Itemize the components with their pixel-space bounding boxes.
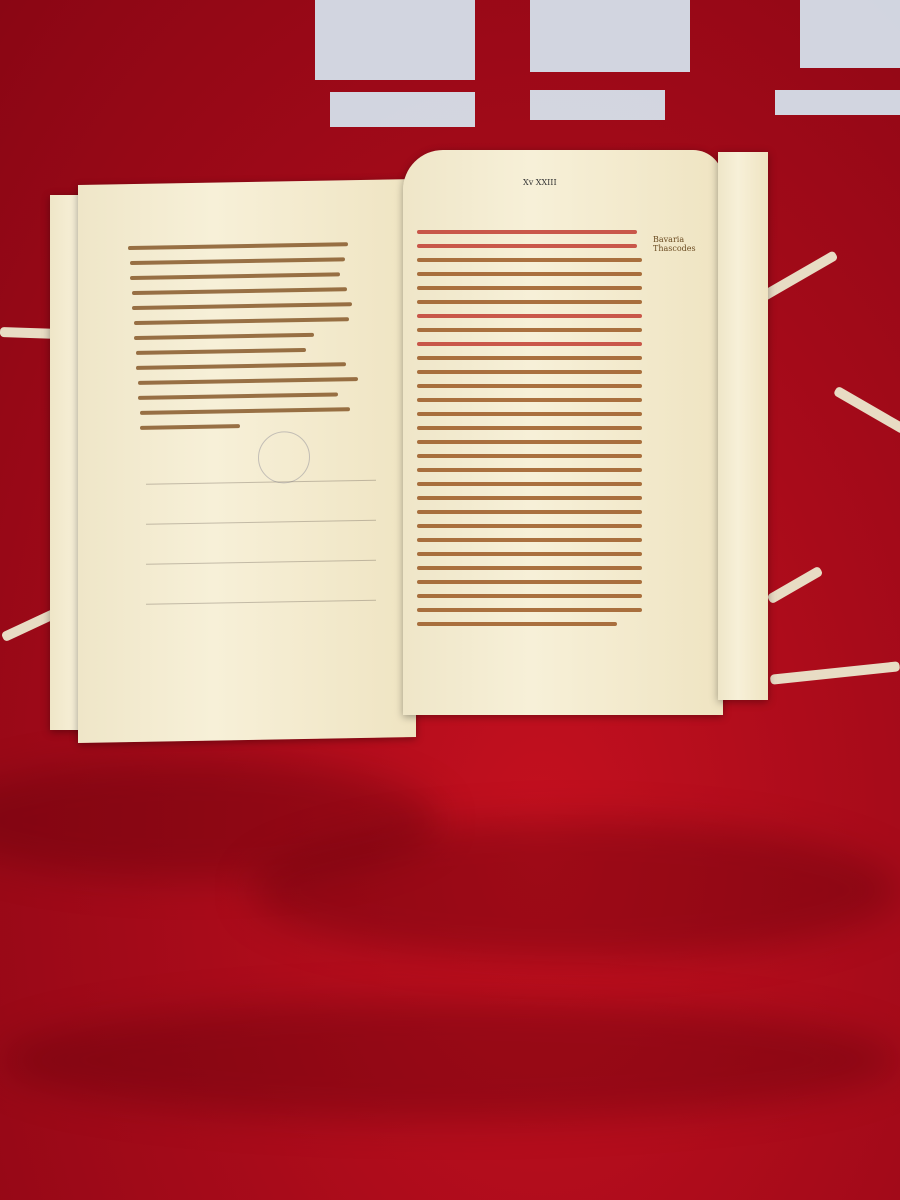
right-page-stack — [718, 152, 768, 700]
left-page-text — [78, 179, 416, 185]
library-stamp — [258, 431, 310, 484]
page-header: Xv XXIII — [523, 178, 557, 187]
left-page — [78, 179, 416, 743]
margin-note: Bavaria Thascodes — [653, 235, 713, 253]
right-page: Xv XXIII Bavaria Thascodes — [403, 150, 723, 715]
